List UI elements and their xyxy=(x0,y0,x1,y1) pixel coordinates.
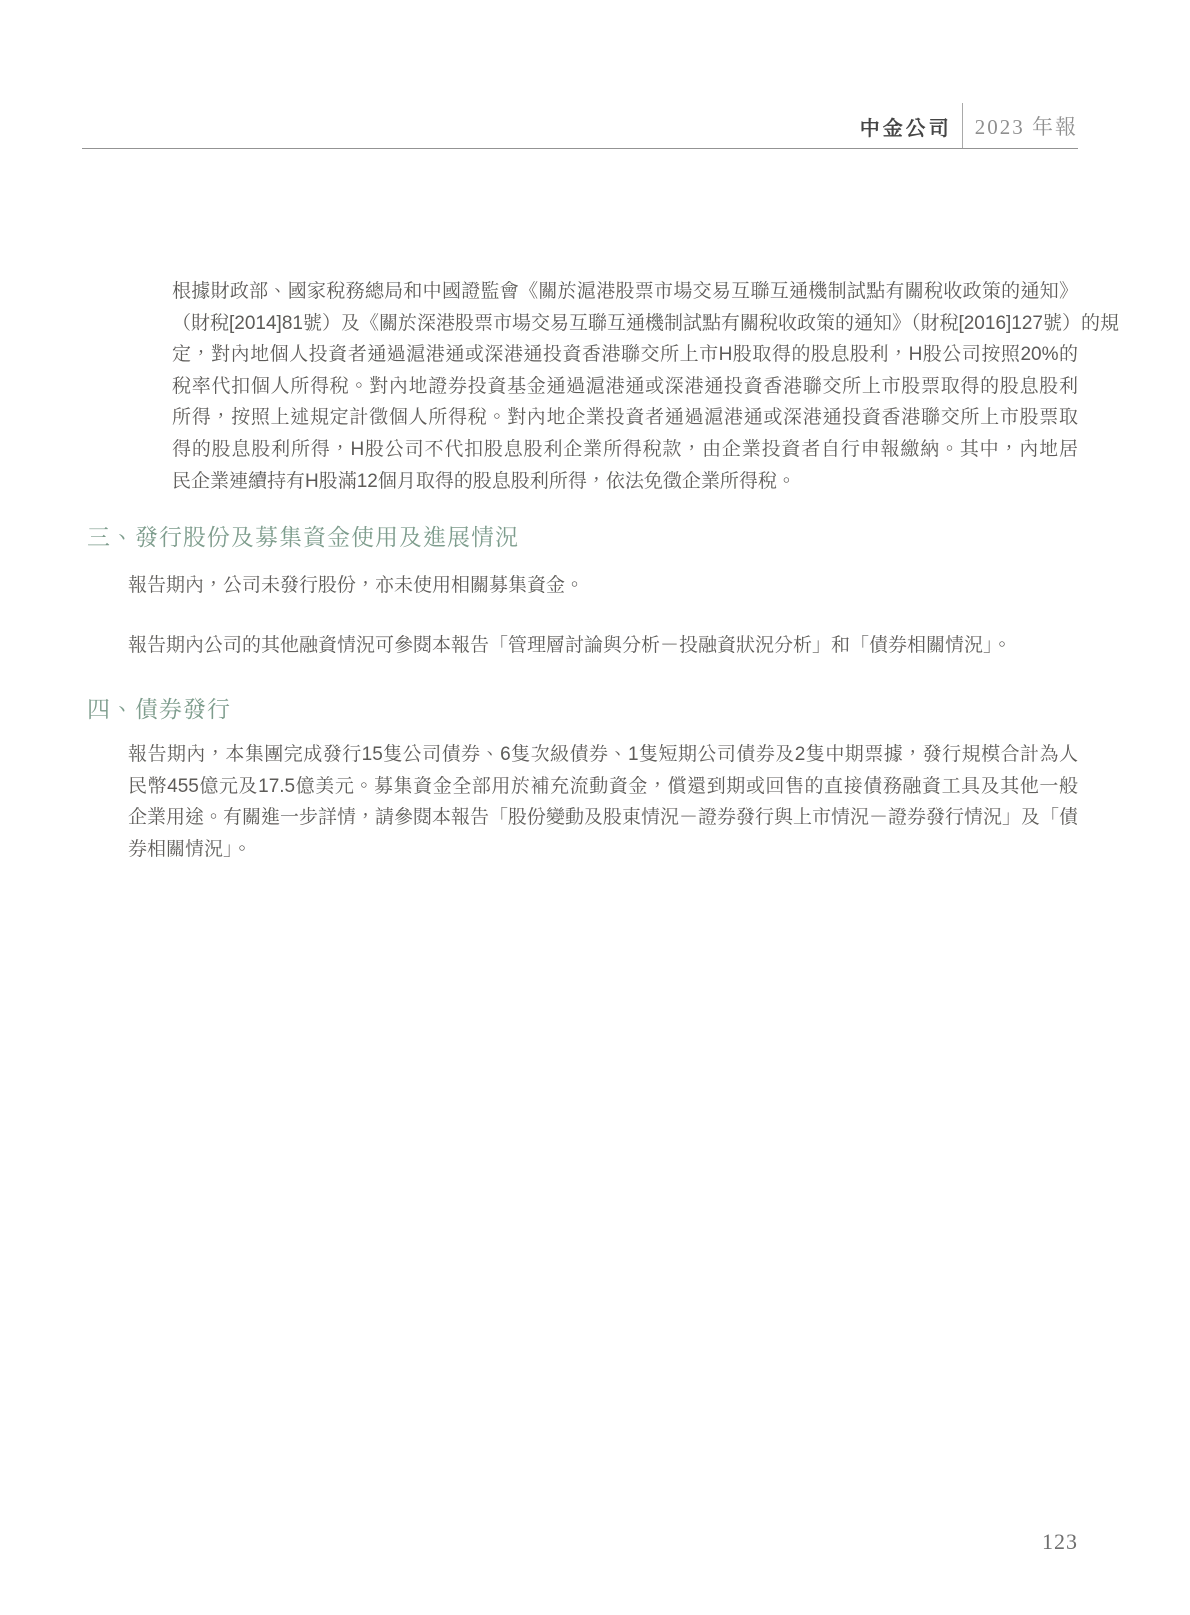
header-divider xyxy=(962,103,963,148)
company-name: 中金公司 xyxy=(860,103,952,141)
section4-line-2: 民幣455億元及17.5億美元。募集資金全部用於補充流動資金，償還到期或回售的直… xyxy=(128,771,1078,803)
section3-paragraph-2: 報告期內公司的其他融資情況可參閱本報告「管理層討論與分析－投融資狀況分析」和「債… xyxy=(128,630,1078,662)
intro-paragraph: 根據財政部、國家稅務總局和中國證監會《關於滬港股票市場交易互聯互通機制試點有關稅… xyxy=(172,276,1078,497)
page-number: 123 xyxy=(1042,1529,1078,1555)
section3-paragraph-1: 報告期內，公司未發行股份，亦未使用相關募集資金。 xyxy=(128,570,1078,602)
section4-line-4: 券相關情況」。 xyxy=(128,834,1078,866)
section4-paragraph: 報告期內，本集團完成發行15隻公司債券、6隻次級債券、1隻短期公司債券及2隻中期… xyxy=(128,739,1078,865)
intro-line-4: 稅率代扣個人所得稅。對內地證券投資基金通過滬港通或深港通投資香港聯交所上市股票取… xyxy=(172,371,1078,403)
header-rule xyxy=(82,148,1078,149)
intro-line-7: 民企業連續持有H股滿12個月取得的股息股利所得，依法免徵企業所得稅。 xyxy=(172,466,1078,498)
section4-line-3: 企業用途。有關進一步詳情，請參閱本報告「股份變動及股東情況－證券發行與上市情況－… xyxy=(128,802,1078,834)
intro-line-2: （財稅[2014]81號）及《關於深港股票市場交易互聯互通機制試點有關稅收政策的… xyxy=(172,308,1078,340)
section3-heading: 三、發行股份及募集資金使用及進展情況 xyxy=(87,519,519,552)
report-edition: 2023 年報 xyxy=(975,103,1078,141)
intro-line-5: 所得，按照上述規定計徵個人所得稅。對內地企業投資者通過滬港通或深港通投資香港聯交… xyxy=(172,402,1078,434)
report-page: { "header": { "company": "中金公司", "editio… xyxy=(0,0,1190,1615)
intro-line-6: 得的股息股利所得，H股公司不代扣股息股利企業所得稅款，由企業投資者自行申報繳納。… xyxy=(172,434,1078,466)
section4-heading: 四、債券發行 xyxy=(87,691,231,724)
intro-line-1: 根據財政部、國家稅務總局和中國證監會《關於滬港股票市場交易互聯互通機制試點有關稅… xyxy=(172,276,1078,308)
section4-line-1: 報告期內，本集團完成發行15隻公司債券、6隻次級債券、1隻短期公司債券及2隻中期… xyxy=(128,739,1078,771)
intro-line-3: 定，對內地個人投資者通過滬港通或深港通投資香港聯交所上市H股取得的股息股利，H股… xyxy=(172,339,1078,371)
page-header: 中金公司 2023 年報 xyxy=(82,103,1078,148)
